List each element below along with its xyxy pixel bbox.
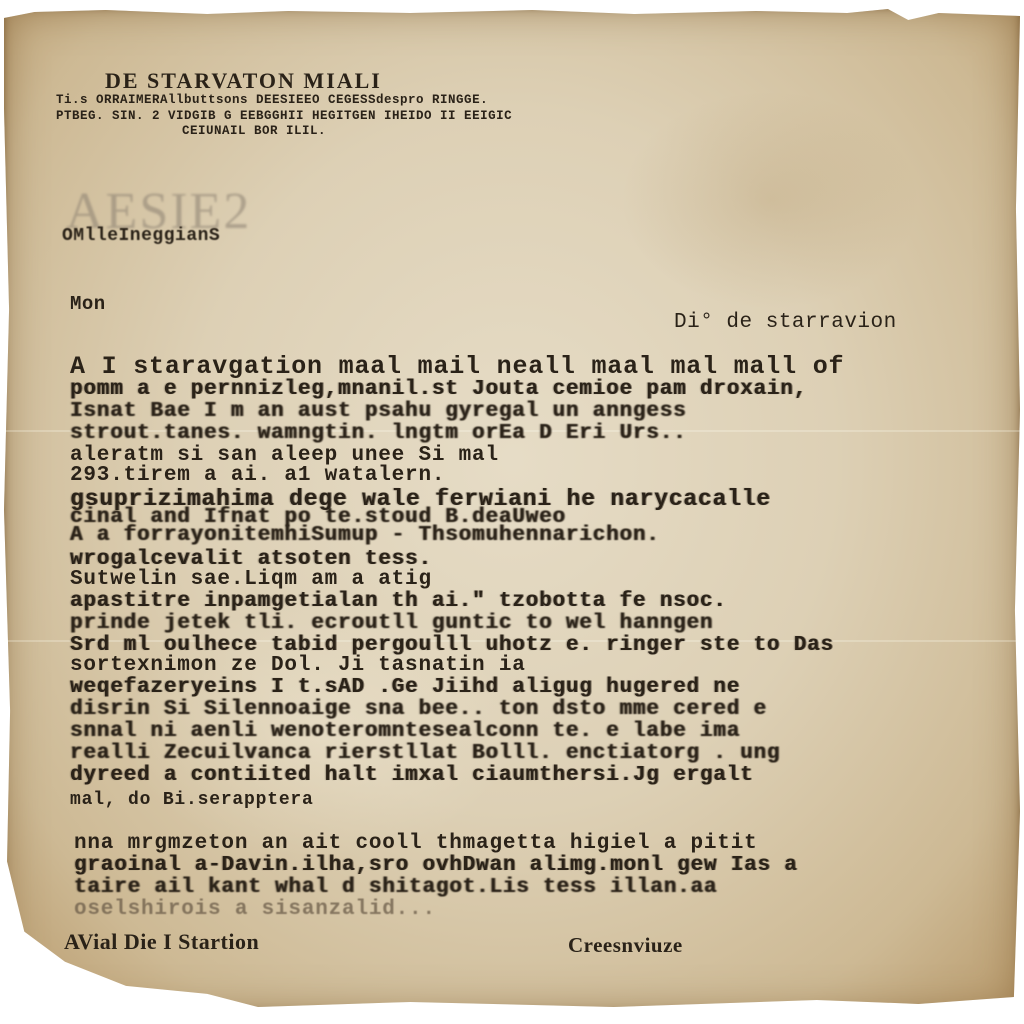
body-line: disrin Si Silennoaige sna bee.. ton dsto… [70, 698, 767, 721]
body-line: nna mrgmzeton an ait cooll thmagetta hig… [74, 832, 758, 855]
body-line: Sutwelin sae.Liqm am a atig [70, 568, 432, 591]
body-line: oselshirois a sisanzalid... [74, 898, 436, 921]
body-line: dyreed a contiited halt imxal ciaumthers… [70, 764, 754, 787]
closing-signature-left: AVial Die I Startion [64, 929, 259, 955]
body-line: 293.tirem a ai. a1 watalern. [70, 464, 445, 487]
body-line: mal, do Bi.serapptera [70, 790, 314, 810]
letterhead-title: DE STARVATON MIALI [105, 68, 382, 94]
body-line: apastitre inpamgetialan th ai." tzobotta… [70, 590, 727, 613]
body-line: strout.tanes. wamngtin. lngtm orEa D Eri… [70, 422, 687, 445]
body-line: realli Zecuilvanca rierstllat Bolll. enc… [70, 742, 780, 765]
dateline: Di° de starravion [674, 311, 897, 334]
paper-stain [620, 90, 920, 310]
body-line: pomm a e pernnizleg,mnanil.st Jouta cemi… [70, 378, 807, 401]
letterhead-line: CEIUNAIL BOR ILIL. [182, 124, 326, 138]
salutation: Mon [70, 293, 106, 315]
closing-signature-right: Creesnviuze [568, 933, 683, 958]
body-line: Isnat Bae I m an aust psahu gyregal un a… [70, 400, 687, 423]
body-line: sortexnimon ze Dol. Ji tasnatin ia [70, 654, 526, 677]
body-line: graoinal a-Davin.ilha,sro ovhDwan alimg.… [74, 854, 798, 877]
body-line: prinde jetek tli. ecroutll guntic to wel… [70, 612, 713, 635]
body-line: A a forrayonitemhiSumup - Thsomuhennaric… [70, 524, 660, 547]
letterhead-line: PTBEG. SIN. 2 VIDGIB G EEBGGHII HEGITGEN… [56, 109, 512, 123]
body-line: weqefazeryeins I t.sAD .Ge Jiihd aligug … [70, 676, 740, 699]
reference-line: OMlleIneggianS [62, 226, 220, 246]
letterhead-line: Ti.s ORRAIMERAllbuttsons DEESIEEO CEGESS… [56, 93, 488, 107]
body-line: A I staravgation maal mail neall maal ma… [70, 352, 844, 381]
body-line: taire ail kant whal d shitagot.Lis tess … [74, 876, 717, 899]
body-line: snnal ni aenli wenoteromntesealconn te. … [70, 720, 740, 743]
